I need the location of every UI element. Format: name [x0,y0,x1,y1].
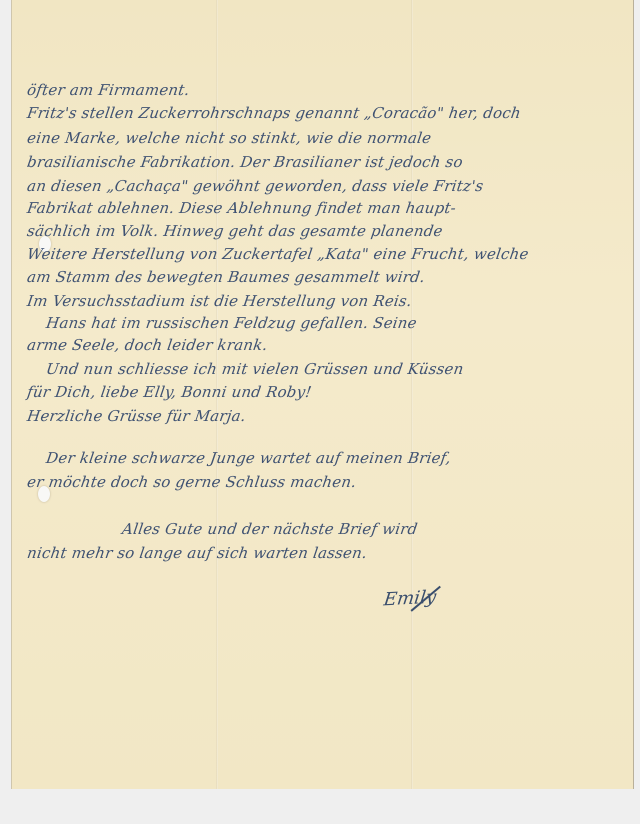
letter-paper: öfter am Firmament. Fritz's stellen Zuck… [11,0,634,789]
letter-line: nicht mehr so lange auf sich warten lass… [26,544,368,562]
letter-line: Hans hat im russischen Feldzug gefallen.… [45,314,418,332]
letter-line: Fritz's stellen Zuckerrohrschnaps genann… [26,104,522,122]
letter-line: für Dich, liebe Elly, Bonni und Roby! [26,383,313,401]
letter-line: Der kleine schwarze Junge wartet auf mei… [45,449,452,467]
letter-line: er möchte doch so gerne Schluss machen. [26,473,358,491]
letter-line: arme Seele, doch leider krank. [26,336,269,354]
letter-line: Und nun schliesse ich mit vielen Grüssen… [45,360,465,378]
letter-line: Weitere Herstellung von Zuckertafel „Kat… [26,245,530,263]
scanned-letter: öfter am Firmament. Fritz's stellen Zuck… [0,0,640,824]
letter-line: Alles Gute und der nächste Brief wird [121,520,419,538]
letter-line: am Stamm des bewegten Baumes gesammelt w… [26,268,426,286]
letter-line: Im Versuchsstadium ist die Herstellung v… [26,292,413,310]
letter-line: öfter am Firmament. [26,81,191,99]
letter-line: brasilianische Fabrikation. Der Brasilia… [26,153,464,171]
letter-line: sächlich im Volk. Hinweg geht das gesamt… [26,222,444,240]
signature: Emily [382,587,437,611]
letter-line: Fabrikat ablehnen. Diese Ablehnung finde… [26,199,457,217]
letter-line: an diesen „Cachaça" gewöhnt geworden, da… [26,177,485,195]
letter-line: eine Marke, welche nicht so stinkt, wie … [26,129,433,147]
letter-line: Herzliche Grüsse für Marja. [26,407,247,425]
